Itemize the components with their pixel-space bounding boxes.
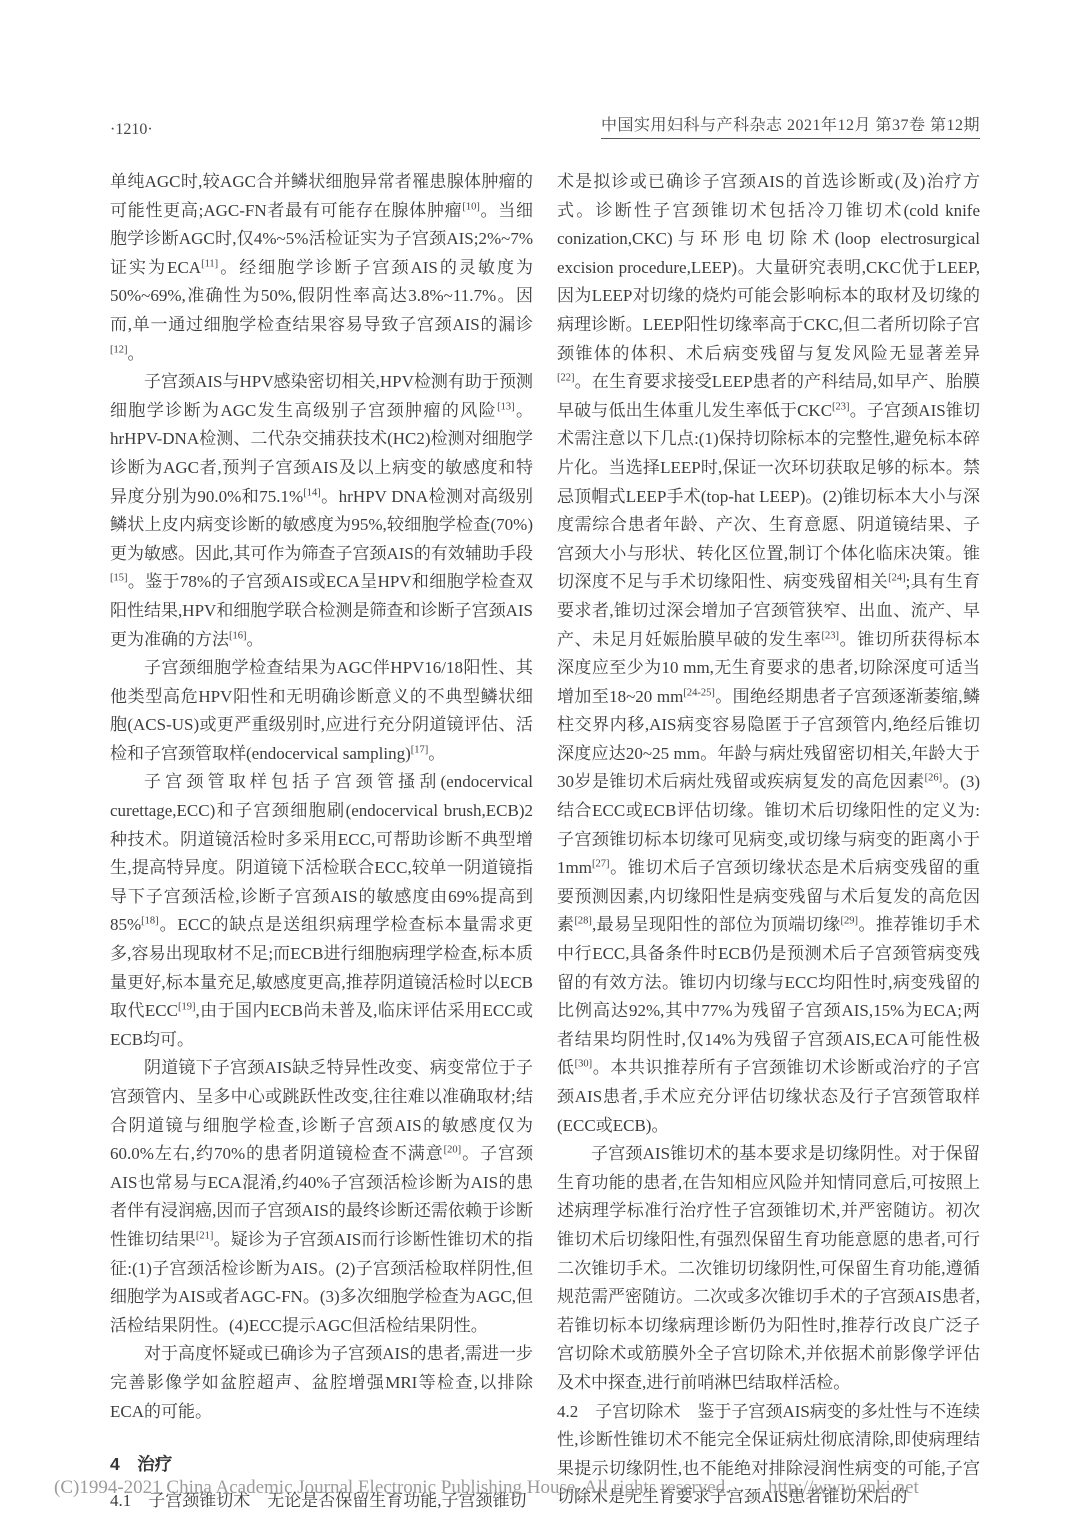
page-footer: (C)1994-2021 China Academic Journal Elec… (54, 1477, 1040, 1499)
article-body: 单纯AGC时,较AGC合并鳞状细胞异常者罹患腺体肿瘤的可能性更高;AGC-FN者… (110, 168, 980, 1515)
reference-superscript: [17] (411, 744, 429, 755)
paragraph: 阴道镜下子宫颈AIS缺乏特异性改变、病变常位于子宫颈管内、呈多中心或跳跃性改变,… (110, 1054, 533, 1340)
reference-superscript: [21] (196, 1230, 214, 1241)
right-column: 术是拟诊或已确诊子宫颈AIS的首选诊断或(及)治疗方式。诊断性子宫颈锥切术包括冷… (557, 168, 980, 1515)
paragraph: 子宫颈AIS锥切术的基本要求是切缘阴性。对于保留生育功能的患者,在告知相应风险并… (557, 1140, 980, 1397)
reference-superscript: [27] (592, 859, 610, 870)
page-number: ·1210· (110, 121, 153, 139)
reference-superscript: [24] (888, 573, 906, 584)
paragraph: 子宫颈AIS与HPV感染密切相关,HPV检测有助于预测细胞学诊断为AGC发生高级… (110, 368, 533, 654)
reference-superscript: [29] (841, 916, 859, 927)
reference-superscript: [16] (229, 630, 247, 641)
paragraph: 子宫颈管取样包括子宫颈管搔刮(endocervical curettage,EC… (110, 768, 533, 1054)
reference-superscript: [13] (497, 401, 515, 412)
reference-superscript: [15] (110, 573, 128, 584)
reference-superscript: [24-25] (683, 687, 715, 698)
reference-superscript: [22] (557, 373, 575, 384)
paragraph: 子宫颈细胞学检查结果为AGC伴HPV16/18阳性、其他类型高危HPV阳性和无明… (110, 654, 533, 768)
reference-superscript: [23] (832, 401, 850, 412)
paragraph: 对于高度怀疑或已确诊为子宫颈AIS的患者,需进一步完善影像学如盆腔超声、盆腔增强… (110, 1340, 533, 1426)
reference-superscript: [10] (462, 201, 480, 212)
paragraph: 单纯AGC时,较AGC合并鳞状细胞异常者罹患腺体肿瘤的可能性更高;AGC-FN者… (110, 168, 533, 368)
reference-superscript: [20] (444, 1145, 462, 1156)
journal-page: ·1210· 中国实用妇科与产科杂志 2021年12月 第37卷 第12期 单纯… (0, 0, 1080, 1527)
reference-superscript: [19] (178, 1002, 196, 1013)
reference-superscript: [14] (303, 487, 321, 498)
reference-superscript: [26] (925, 773, 943, 784)
cnki-url[interactable]: http://www.cnki.net (768, 1477, 919, 1499)
section-heading: 4 治疗 (110, 1450, 533, 1479)
reference-superscript: [30] (575, 1059, 593, 1070)
reference-superscript: [12] (110, 344, 128, 355)
journal-citation: 中国实用妇科与产科杂志 2021年12月 第37卷 第12期 (601, 112, 980, 139)
paragraph: 术是拟诊或已确诊子宫颈AIS的首选诊断或(及)治疗方式。诊断性子宫颈锥切术包括冷… (557, 168, 980, 1140)
reference-superscript: [11] (201, 258, 218, 269)
reference-superscript: [23] (821, 630, 839, 641)
copyright-text: (C)1994-2021 China Academic Journal Elec… (54, 1477, 730, 1499)
left-column: 单纯AGC时,较AGC合并鳞状细胞异常者罹患腺体肿瘤的可能性更高;AGC-FN者… (110, 168, 533, 1515)
reference-superscript: [18] (141, 916, 159, 927)
reference-superscript: [28] (574, 916, 592, 927)
page-header: ·1210· 中国实用妇科与产科杂志 2021年12月 第37卷 第12期 (110, 112, 980, 139)
